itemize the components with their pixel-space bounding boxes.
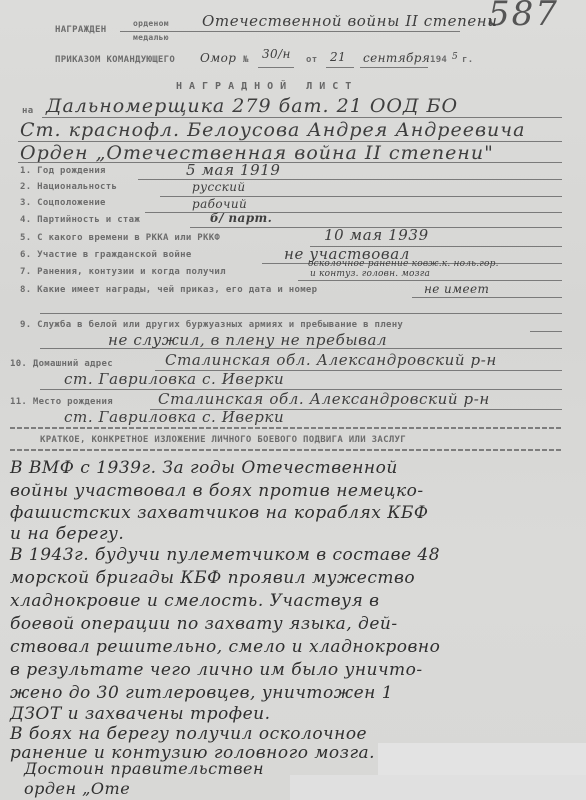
conclusion-line: орден „Оте xyxy=(24,779,130,798)
field-5-label: 5. С какого времени в РККА или РККФ xyxy=(20,233,220,243)
recipient-prefix: на xyxy=(22,106,33,116)
feat-line: В 1943г. будучи пулеметчиком в составе 4… xyxy=(10,545,440,565)
order-by-label: ПРИКАЗОМ КОМАНДУЮЩЕГО xyxy=(55,55,175,65)
field-7-value: осколочное ранение ковж.к. ноль.гор. xyxy=(308,259,499,269)
feat-line: войны участвовал в боях против немецко- xyxy=(10,481,424,501)
feat-line: фашистских захватчиков на кораблях КБФ xyxy=(10,503,428,523)
field-10-value-2: ст. Гавриловка с. Иверки xyxy=(64,370,284,388)
field-11-value-2: ст. Гавриловка с. Иверки xyxy=(64,408,284,426)
feat-line: В боях на берегу получил осколочное xyxy=(10,724,367,744)
field-3-value: рабочий xyxy=(192,197,247,211)
feat-line: ДЗОТ и захвачены трофеи. xyxy=(10,704,271,724)
order-year-suffix: 5 xyxy=(452,52,458,62)
field-4-value: б/ парт. xyxy=(210,211,272,225)
field-10-label: 10. Домашний адрес xyxy=(10,359,113,369)
from-label: от xyxy=(306,55,317,65)
award-value: Отечественной войны II степени xyxy=(202,12,498,30)
order-by-value: Омор xyxy=(200,51,236,65)
field-4-label: 4. Партийность и стаж xyxy=(20,215,140,225)
field-2-value: русский xyxy=(192,180,246,194)
recipient-line-1: Дальномерщика 279 бат. 21 ООД БО xyxy=(46,95,458,117)
field-1-value: 5 мая 1919 xyxy=(186,161,281,179)
field-11-label: 11. Место рождения xyxy=(10,397,113,407)
field-8-label: 8. Какие имеет награды, чей приказ, его … xyxy=(20,285,317,295)
field-9-label: 9. Служба в белой или других буржуазных … xyxy=(20,320,403,330)
feat-line: боевой операции по захвату языка, дей- xyxy=(10,614,398,634)
order-label: орденом xyxy=(133,19,169,28)
number-sign: № xyxy=(243,55,249,65)
awarded-label: НАГРАЖДЕН xyxy=(55,25,106,35)
field-7-label: 7. Ранения, контузии и когда получил xyxy=(20,267,226,277)
order-year-end: г. xyxy=(462,55,473,65)
field-11-value: Сталинская обл. Александровский р-н xyxy=(158,390,490,408)
feat-line: и на берегу. xyxy=(10,524,124,544)
conclusion-line: Достоин правительствен xyxy=(24,759,264,778)
medal-label: медалью xyxy=(133,33,169,42)
order-year-prefix: 194 xyxy=(430,55,447,65)
field-9-value: не служил, в плену не пребывал xyxy=(108,331,387,349)
field-8-value: не имеет xyxy=(424,282,489,296)
feat-line: жено до 30 гитлеровцев, уничтожен 1 xyxy=(10,683,393,703)
field-3-label: 3. Соцположение xyxy=(20,198,106,208)
redacted-region xyxy=(290,775,586,800)
feat-line: хладнокровие и смелость. Участвуя в xyxy=(10,591,380,611)
field-7-value-2: и контуз. головн. мозга xyxy=(310,269,430,279)
order-day: 21 xyxy=(330,50,346,64)
field-1-label: 1. Год рождения xyxy=(20,166,106,176)
document-title: НАГРАДНОЙ ЛИСТ xyxy=(176,81,358,92)
recipient-line-2: Ст. краснофл. Белоусова Андрея Андреевич… xyxy=(20,119,525,141)
order-number: 30/н xyxy=(262,47,291,61)
field-5-value: 10 мая 1939 xyxy=(324,226,429,244)
field-10-value: Сталинская обл. Александровский р-н xyxy=(165,351,497,369)
order-month: сентября xyxy=(363,51,430,65)
field-2-label: 2. Национальность xyxy=(20,182,117,192)
field-6-label: 6. Участие в гражданской войне xyxy=(20,250,192,260)
feat-line: В ВМФ с 1939г. За годы Отечественной xyxy=(10,458,398,478)
archive-number: 587 xyxy=(488,0,559,34)
feat-line: в результате чего лично им было уничто- xyxy=(10,660,423,680)
feat-line: ствовал решительно, смело и хладнокровно xyxy=(10,637,440,657)
feat-heading: КРАТКОЕ, КОНКРЕТНОЕ ИЗЛОЖЕНИЕ ЛИЧНОГО БО… xyxy=(40,435,406,445)
award-sheet-scan: 587 НАГРАЖДЕН орденом медалью Отечествен… xyxy=(0,0,586,800)
feat-line: морской бригады КБФ проявил мужество xyxy=(10,568,415,588)
